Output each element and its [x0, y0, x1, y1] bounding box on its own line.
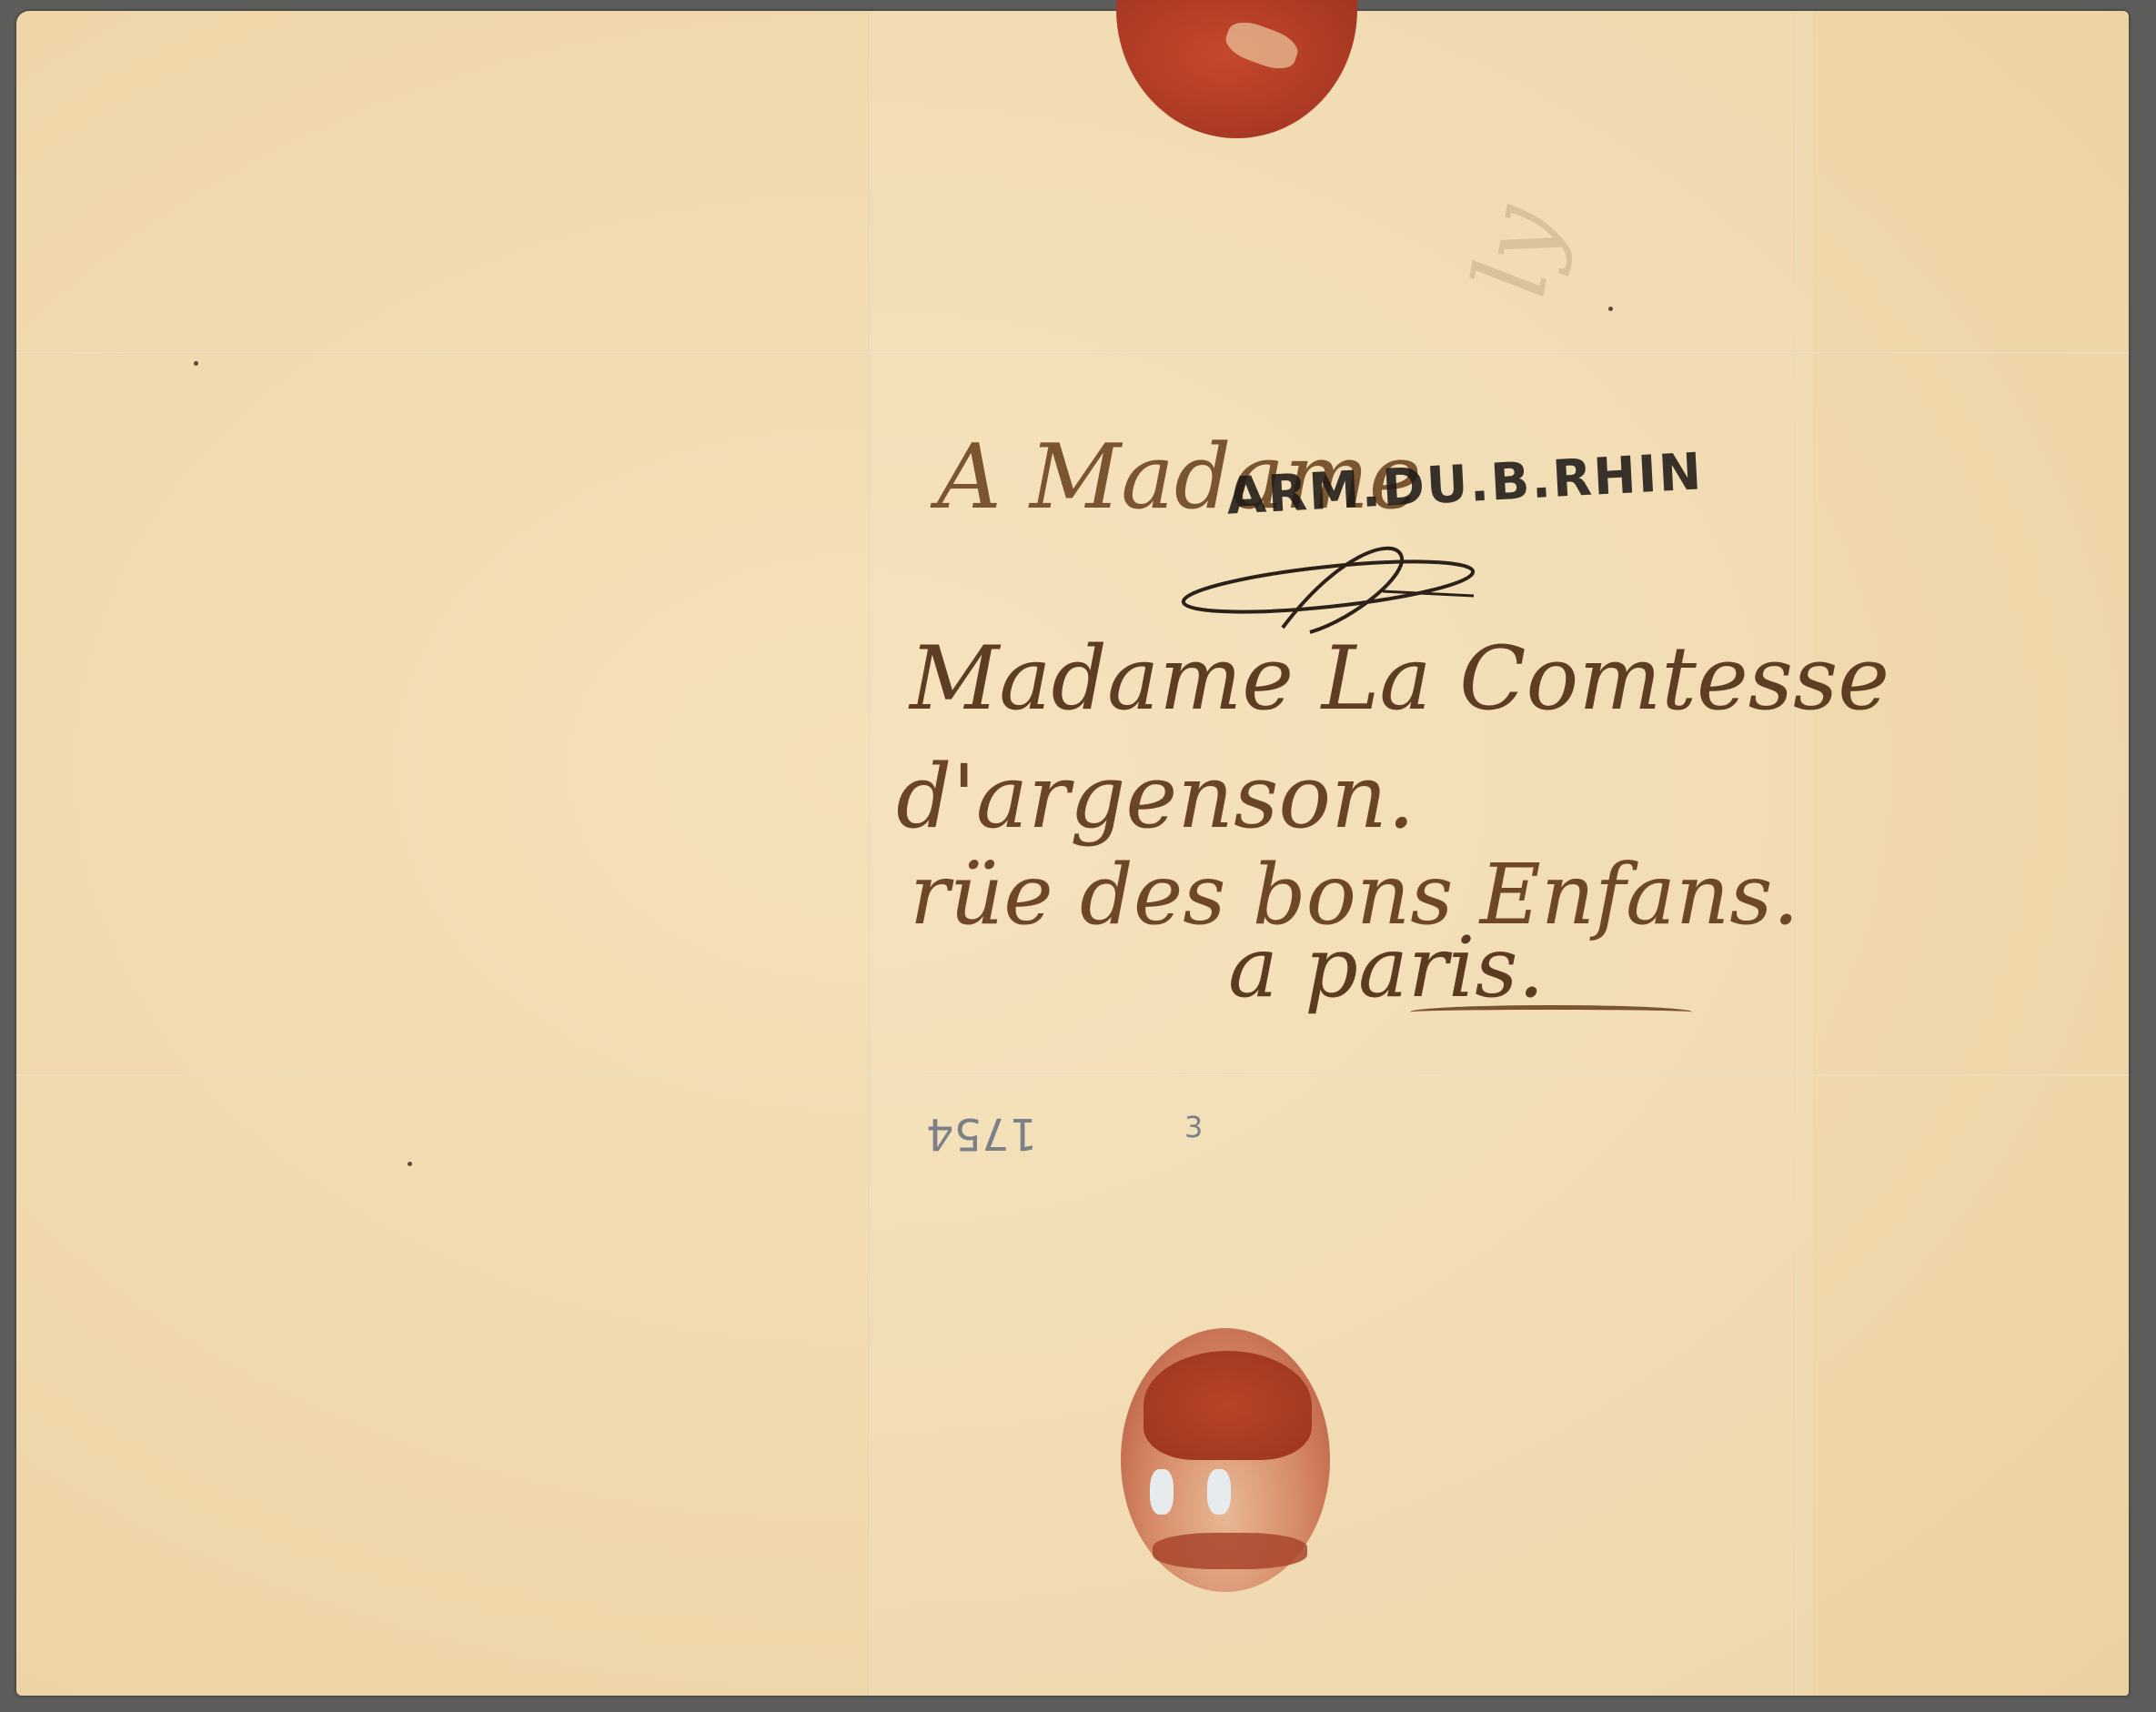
address-underline — [1410, 1005, 1692, 1019]
fold-line-vertical-left — [869, 11, 871, 1696]
paper-speck — [194, 361, 198, 366]
pencil-number-note: 3 — [1184, 1110, 1203, 1144]
paper-speck — [408, 1162, 412, 1166]
paraph-flourish — [1174, 537, 1483, 637]
address-line-2: Madame La Comtesse — [910, 628, 1889, 730]
wax-seal-bottom — [1121, 1328, 1330, 1592]
seal-wax-residue — [1153, 1533, 1307, 1569]
seal-crack — [1222, 16, 1303, 76]
address-line-3: d'argenson. — [896, 746, 1415, 848]
paper-speck — [1608, 307, 1613, 311]
address-line-5: a paris. — [1228, 919, 1545, 1016]
fold-line-horizontal-top — [16, 351, 2129, 354]
seal-worn-spot — [1150, 1469, 1174, 1515]
seal-worn-spot — [1207, 1469, 1231, 1515]
fold-line-horizontal-bottom — [16, 1073, 2129, 1076]
seal-wax-cap — [1143, 1351, 1312, 1460]
pencil-date-note: 1754 — [926, 1108, 1037, 1159]
